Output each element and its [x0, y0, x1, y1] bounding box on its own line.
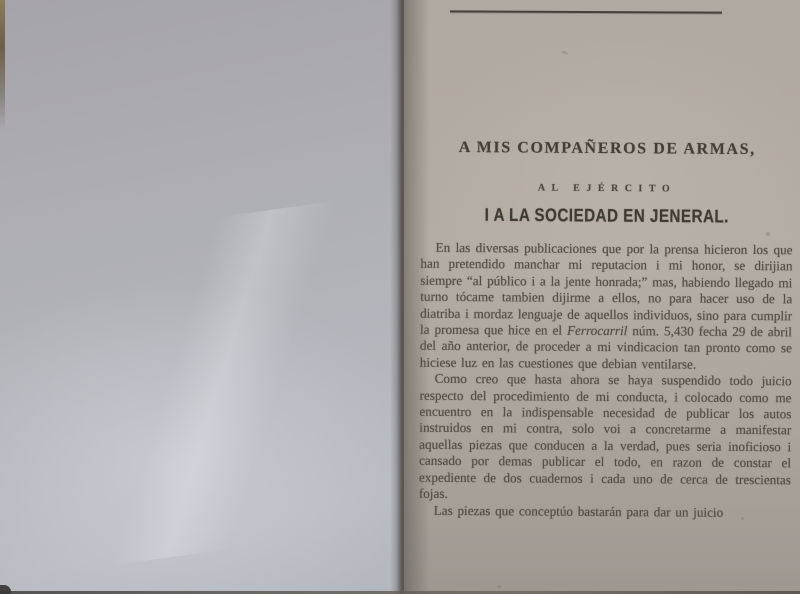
page-text-block: A MIS COMPAÑEROS DE ARMAS, AL EJÉRCITO I… [419, 139, 794, 521]
body-paragraphs: En las diversas publicaciones que por la… [419, 240, 793, 521]
dedication-heading: A MIS COMPAÑEROS DE ARMAS, [421, 139, 793, 160]
book-scan: A MIS COMPAÑEROS DE ARMAS, AL EJÉRCITO I… [0, 0, 800, 594]
left-blank-page [0, 0, 404, 594]
body-paragraph: Como creo que hasta ahora se haya suspen… [419, 371, 792, 505]
body-paragraph: Las piezas que conceptúo bastarán para d… [419, 502, 791, 521]
body-paragraph: En las diversas publicaciones que por la… [420, 240, 793, 374]
book-edge-sliver [0, 0, 5, 130]
foxing-speck [497, 585, 502, 588]
army-subheading: AL EJÉRCITO [421, 182, 793, 196]
society-subheading: I A LA SOCIEDAD EN JENERAL. [430, 206, 784, 229]
